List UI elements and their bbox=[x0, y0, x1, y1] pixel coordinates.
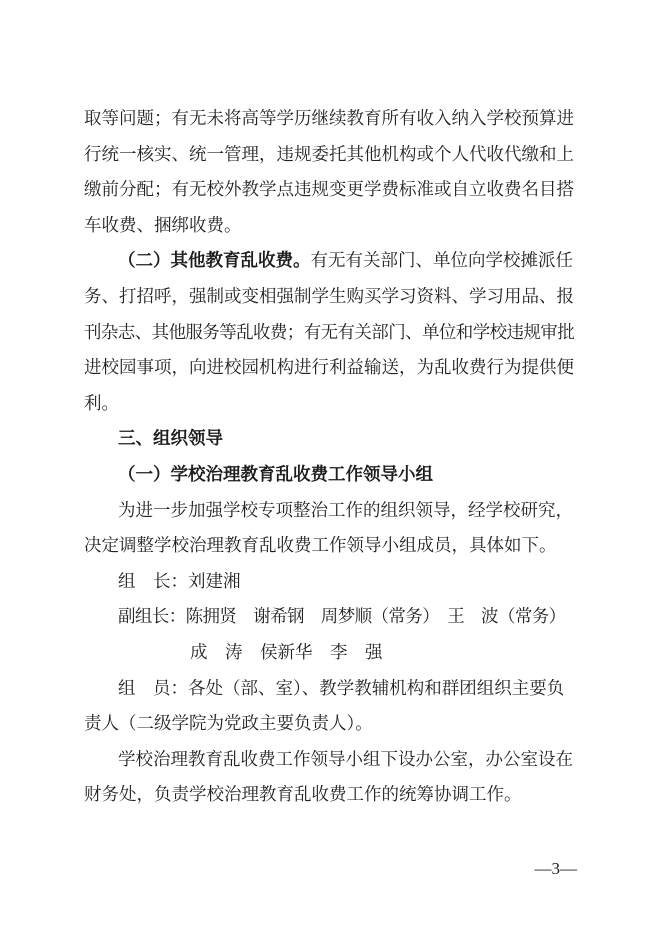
members-line: 组 员：各处（部、室）、教学教辅机构和群团组织主要负 bbox=[84, 671, 578, 707]
group-leader-line: 组 长：刘建湘 bbox=[84, 564, 578, 600]
paragraph-continuation-line: 取等问题；有无未将高等学历继续教育所有收入纳入学校预算进 bbox=[84, 101, 578, 137]
paragraph-continuation-line: 车收费、捆绑收费。 bbox=[84, 208, 578, 244]
deputy-leaders-continuation-line: 成 涛 侯新华 李 强 bbox=[84, 635, 578, 671]
paragraph-line: 进校园事项，向进校园机构进行利益输送，为乱收费行为提供便 bbox=[84, 350, 578, 386]
page-number: —3— bbox=[535, 857, 578, 881]
office-paragraph-line: 学校治理教育乱收费工作领导小组下设办公室，办公室设在 bbox=[84, 742, 578, 778]
paragraph-line: 务、打招呼，强制或变相强制学生购买学习资料、学习用品、报 bbox=[84, 279, 578, 315]
office-paragraph-line: 财务处，负责学校治理教育乱收费工作的统筹协调工作。 bbox=[84, 777, 578, 813]
paragraph-continuation-line: 缴前分配；有无校外教学点违规变更学费标准或自立收费名目搭 bbox=[84, 172, 578, 208]
subsection-2-text: 有无有关部门、单位向学校摊派任 bbox=[311, 250, 574, 270]
paragraph-line: 利。 bbox=[84, 386, 578, 422]
paragraph-line: 刊杂志、其他服务等乱收费；有无有关部门、单位和学校违规审批 bbox=[84, 315, 578, 351]
document-body: 取等问题；有无未将高等学历继续教育所有收入纳入学校预算进 行统一核实、统一管理，… bbox=[84, 101, 578, 813]
paragraph-line: 决定调整学校治理教育乱收费工作领导小组成员，具体如下。 bbox=[84, 528, 578, 564]
members-continuation-line: 责人（二级学院为党政主要负责人）。 bbox=[84, 706, 578, 742]
paragraph-continuation-line: 行统一核实、统一管理，违规委托其他机构或个人代收代缴和上 bbox=[84, 137, 578, 173]
document-page: 取等问题；有无未将高等学历继续教育所有收入纳入学校预算进 行统一核实、统一管理，… bbox=[0, 0, 657, 931]
subsection-2-heading: （二）其他教育乱收费。 bbox=[118, 250, 311, 270]
subsection-2-paragraph-line: （二）其他教育乱收费。有无有关部门、单位向学校摊派任 bbox=[84, 243, 578, 279]
subsection-1-heading: （一）学校治理教育乱收费工作领导小组 bbox=[84, 457, 578, 493]
paragraph-line: 为进一步加强学校专项整治工作的组织领导，经学校研究， bbox=[84, 493, 578, 529]
section-3-heading: 三、组织领导 bbox=[84, 421, 578, 457]
deputy-leaders-line: 副组长：陈拥贤 谢希钢 周梦顺（常务） 王 波（常务） bbox=[84, 599, 578, 635]
